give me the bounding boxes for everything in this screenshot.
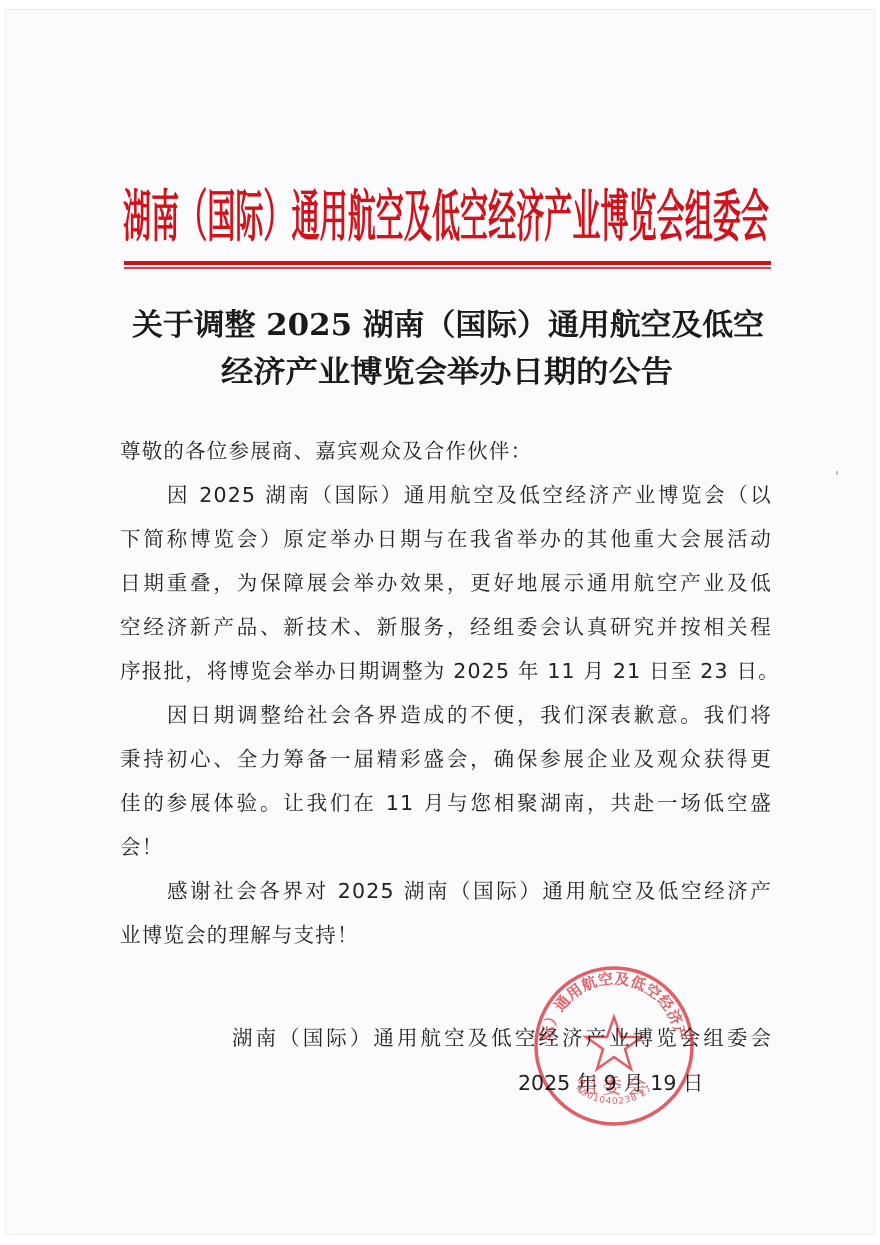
document-page: 湖南（国际）通用航空及低空经济产业博览会组委会 关于调整 2025 湖南（国际）… — [5, 9, 875, 1235]
paragraph-2-line-2: 秉持初心、全力筹备一届精彩盛会，确保参展企业及观众获得更 — [120, 744, 772, 774]
letterhead-title: 湖南（国际）通用航空及低空经济产业博览会组委会 — [123, 184, 769, 250]
paragraph-1-line-3: 日期重叠，为保障展会举办效果，更好地展示通用航空产业及低 — [120, 568, 772, 598]
paragraph-2-line-3: 佳的参展体验。让我们在 11 月与您相聚湖南，共赴一场低空盛 — [120, 788, 772, 818]
notice-title-line-2: 经济产业博览会举办日期的公告 — [221, 353, 641, 393]
letterhead-title-text: 湖南（国际）通用航空及低空经济产业博览会组委会 — [123, 180, 769, 254]
paragraph-3-line-1: 感谢社会各界对 2025 湖南（国际）通用航空及低空经济产 — [120, 876, 772, 906]
paragraph-2-line-1: 因日期调整给社会各界造成的不便，我们深表歉意。我们将 — [120, 700, 772, 730]
notice-title-line-1: 关于调整 2025 湖南（国际）通用航空及低空 — [132, 306, 746, 346]
paragraph-1-line-5: 序报批，将博览会举办日期调整为 2025 年 11 月 21 日至 23 日。 — [120, 656, 772, 686]
paragraph-3-line-2: 业博览会的理解与支持！ — [120, 920, 772, 950]
salutation: 尊敬的各位参展商、嘉宾观众及合作伙伴： — [120, 436, 772, 466]
letterhead-red-rule — [124, 261, 771, 265]
paragraph-1-line-4: 空经济新产品、新技术、新服务，经组委会认真研究并按相关程 — [120, 612, 772, 642]
scan-speck — [836, 471, 838, 475]
official-seal: 湖南（国际）通用航空及低空经济产业博览会 组委会 4301040238 27 — [533, 965, 695, 1127]
paragraph-1-line-2: 下简称博览会）原定举办日期与在我省举办的其他重大会展活动 — [120, 524, 772, 554]
star-icon — [586, 1017, 642, 1069]
seal-ring-text: 湖南（国际）通用航空及低空经济产业博览会 — [533, 965, 690, 1043]
paragraph-2-line-4: 会！ — [120, 832, 772, 862]
letterhead-red-rule-thin — [124, 267, 771, 269]
paragraph-1-line-1: 因 2025 湖南（国际）通用航空及低空经济产业博览会（以 — [120, 480, 772, 510]
